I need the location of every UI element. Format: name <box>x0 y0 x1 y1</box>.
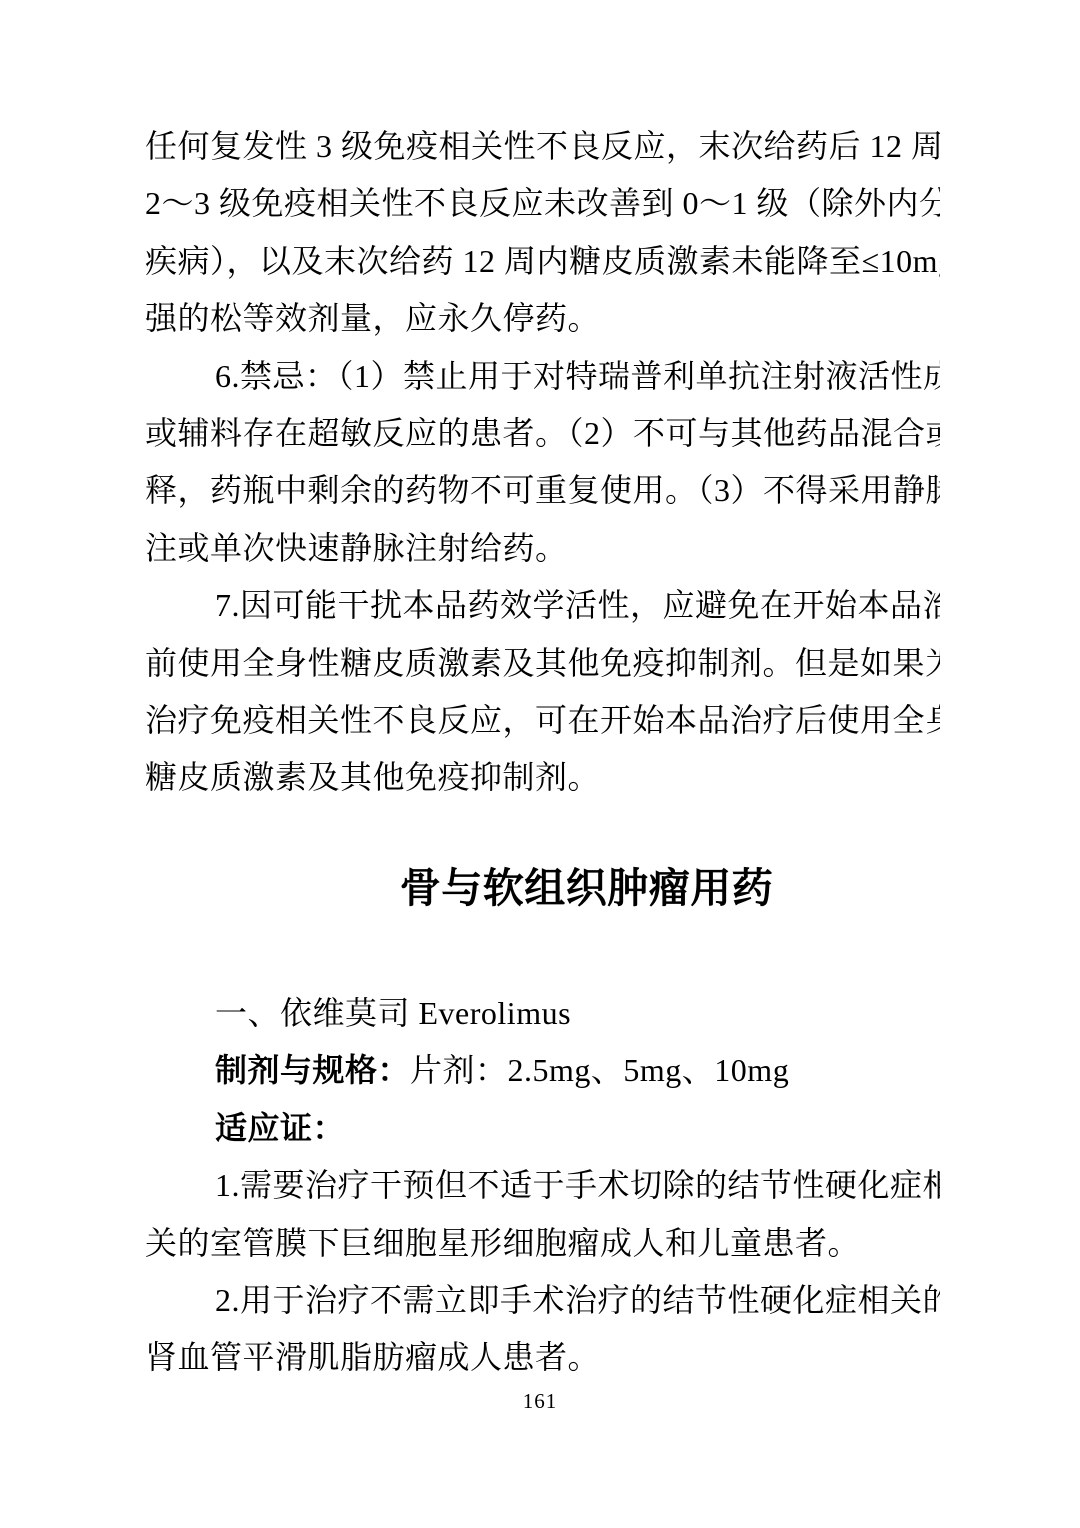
drug-name-line: 一、依维莫司 Everolimus <box>145 985 940 1042</box>
spec-line: 制剂与规格：片剂：2.5mg、5mg、10mg <box>145 1042 940 1099</box>
indication-line: 肾血管平滑肌脂肪瘤成人患者。 <box>145 1329 940 1386</box>
spec-label: 制剂与规格： <box>215 1052 410 1088</box>
section-heading: 骨与软组织肿瘤用药 <box>145 849 940 927</box>
document-page: 任何复发性 3 级免疫相关性不良反应，末次给药后 12 周内 2～3 级免疫相关… <box>0 0 1080 1528</box>
paragraph-line: 或辅料存在超敏反应的患者。（2）不可与其他药品混合或稀 <box>145 405 940 462</box>
spec-value: 片剂：2.5mg、5mg、10mg <box>410 1052 789 1088</box>
paragraph-line: 7.因可能干扰本品药效学活性，应避免在开始本品治疗 <box>145 577 940 634</box>
paragraph-line: 释，药瓶中剩余的药物不可重复使用。（3）不得采用静脉推 <box>145 462 940 519</box>
page-number: 161 <box>0 1389 1080 1414</box>
paragraph-line: 2～3 级免疫相关性不良反应未改善到 0～1 级（除外内分泌 <box>145 175 940 232</box>
indication-line: 1.需要治疗干预但不适于手术切除的结节性硬化症相 <box>145 1157 940 1214</box>
paragraph-line: 疾病），以及末次给药 12 周内糖皮质激素未能降至≤10mg/d <box>145 233 940 290</box>
body-text-bottom: 一、依维莫司 Everolimus 制剂与规格：片剂：2.5mg、5mg、10m… <box>145 985 940 1387</box>
paragraph-line: 注或单次快速静脉注射给药。 <box>145 520 940 577</box>
body-text-top: 任何复发性 3 级免疫相关性不良反应，末次给药后 12 周内 2～3 级免疫相关… <box>145 118 940 807</box>
paragraph-line: 强的松等效剂量，应永久停药。 <box>145 290 940 347</box>
paragraph-line: 任何复发性 3 级免疫相关性不良反应，末次给药后 12 周内 <box>145 118 940 175</box>
indication-line: 关的室管膜下巨细胞星形细胞瘤成人和儿童患者。 <box>145 1215 940 1272</box>
paragraph-line: 前使用全身性糖皮质激素及其他免疫抑制剂。但是如果为了 <box>145 635 940 692</box>
indication-line: 2.用于治疗不需立即手术治疗的结节性硬化症相关的 <box>145 1272 940 1329</box>
paragraph-line: 6.禁忌：（1）禁止用于对特瑞普利单抗注射液活性成分 <box>145 348 940 405</box>
paragraph-line: 治疗免疫相关性不良反应，可在开始本品治疗后使用全身性 <box>145 692 940 749</box>
indications-label: 适应证： <box>145 1100 940 1157</box>
paragraph-line: 糖皮质激素及其他免疫抑制剂。 <box>145 749 940 806</box>
